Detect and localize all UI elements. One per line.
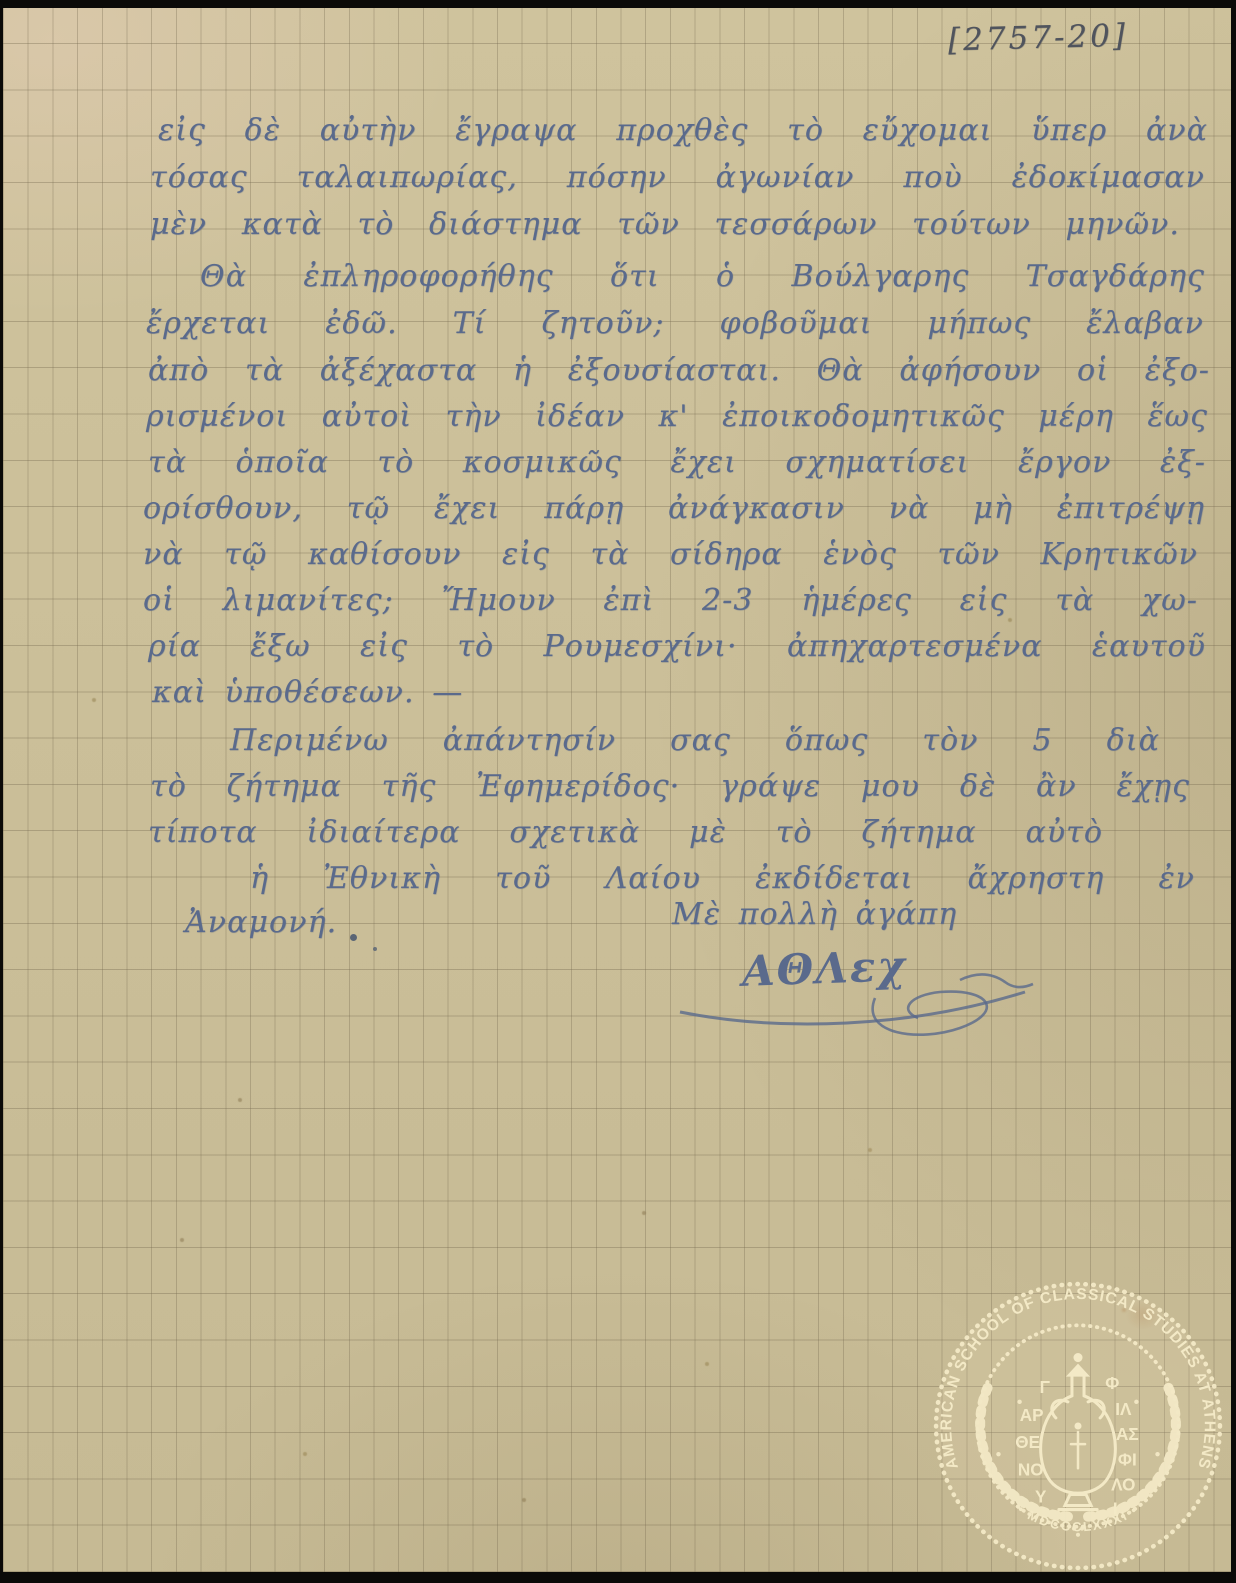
manuscript-line: εἰς δὲ αὐτὴν ἔγραψα προχθὲς τὸ εὔχομαι ὕ… bbox=[158, 116, 1208, 146]
manuscript-line: τὰ ὁποῖα τὸ κοσμικῶς ἔχει σχηματίσει ἔργ… bbox=[148, 448, 1206, 478]
svg-text:ΦΙ: ΦΙ bbox=[1118, 1450, 1137, 1469]
manuscript-line: ἔρχεται ἐδῶ. Τί ζητοῦν; φοβοῦμαι μήπως ἔ… bbox=[146, 309, 1204, 339]
manuscript-line: ρία ἔξω εἰς τὸ Ρουμεσχίνι· ἀπηχαρτεσμένα… bbox=[148, 632, 1206, 662]
svg-text:Γ: Γ bbox=[1040, 1378, 1051, 1397]
paper-specks bbox=[0, 0, 4, 4]
svg-text:ΘΕ: ΘΕ bbox=[1015, 1433, 1040, 1452]
svg-text:ΑΣ: ΑΣ bbox=[1116, 1425, 1139, 1444]
ascsa-seal: AMERICAN SCHOOL OF CLASSICAL STUDIES AT … bbox=[927, 1275, 1229, 1577]
manuscript-line: ἡ Ἐθνικὴ τοῦ Λαίου ἐκδίδεται ἄχρηστη ἐν bbox=[250, 864, 1195, 894]
closing-word: Ἀναμονή. bbox=[185, 908, 337, 938]
manuscript-line: ορίσθουν, τῷ ἔχει πάρῃ ἀνάγκασιν νὰ μὴ ἐ… bbox=[143, 494, 1205, 524]
manuscript-line: Θὰ ἐπληροφορήθης ὅτι ὁ Βούλγαρης Τσαγδάρ… bbox=[200, 262, 1205, 292]
svg-text:ΙΛ: ΙΛ bbox=[1115, 1400, 1132, 1419]
manuscript-line: νὰ τῷ καθίσουν εἰς τὰ σίδηρα ἑνὸς τῶν Κρ… bbox=[143, 540, 1198, 570]
svg-text:ΝΟ: ΝΟ bbox=[1018, 1460, 1044, 1479]
manuscript-line: Περιμένω ἀπάντησίν σας ὅπως τὸν 5 διὰ bbox=[230, 726, 1160, 756]
svg-text:Υ: Υ bbox=[1035, 1488, 1047, 1507]
archive-reference: [2757-20] bbox=[948, 18, 1129, 59]
ink-blot bbox=[373, 947, 377, 951]
manuscript-line: ἀπὸ τὰ ἀξέχαστα ἡ ἐξουσίασται. Θὰ ἀφήσου… bbox=[148, 356, 1210, 386]
svg-text:ΑΡ: ΑΡ bbox=[1020, 1406, 1044, 1425]
signature-flourish bbox=[660, 940, 1060, 1060]
manuscript-line: τὸ ζήτημα τῆς Ἐφημερίδος· γράψε μου δὲ ἂ… bbox=[150, 772, 1190, 802]
manuscript-line: τίποτα ἰδιαίτερα σχετικὰ μὲ τὸ ζήτημα αὐ… bbox=[148, 818, 1103, 848]
ink-blot bbox=[350, 934, 357, 941]
svg-text:Ι: Ι bbox=[1113, 1500, 1118, 1519]
manuscript-line: καὶ ὑποθέσεων. — bbox=[152, 678, 463, 708]
scan-frame: [2757-20] εἰς δὲ αὐτὴν ἔγραψα προχθὲς τὸ… bbox=[0, 0, 1236, 1583]
manuscript-line: οἱ λιμανίτες; Ἤμουν ἐπὶ 2-3 ἡμέρες εἰς τ… bbox=[143, 586, 1198, 616]
valediction: Μὲ πολλὴ ἀγάπη bbox=[672, 900, 957, 930]
svg-text:Φ: Φ bbox=[1105, 1374, 1119, 1393]
manuscript-line: τόσας ταλαιπωρίας, πόσην ἀγωνίαν ποὺ ἐδο… bbox=[150, 163, 1205, 193]
manuscript-line: ρισμένοι αὐτοὶ τὴν ἰδέαν κ' ἐποικοδομητι… bbox=[146, 402, 1208, 432]
svg-text:ΛΟ: ΛΟ bbox=[1111, 1475, 1135, 1494]
manuscript-line: μὲν κατὰ τὸ διάστημα τῶν τεσσάρων τούτων… bbox=[150, 210, 1180, 240]
